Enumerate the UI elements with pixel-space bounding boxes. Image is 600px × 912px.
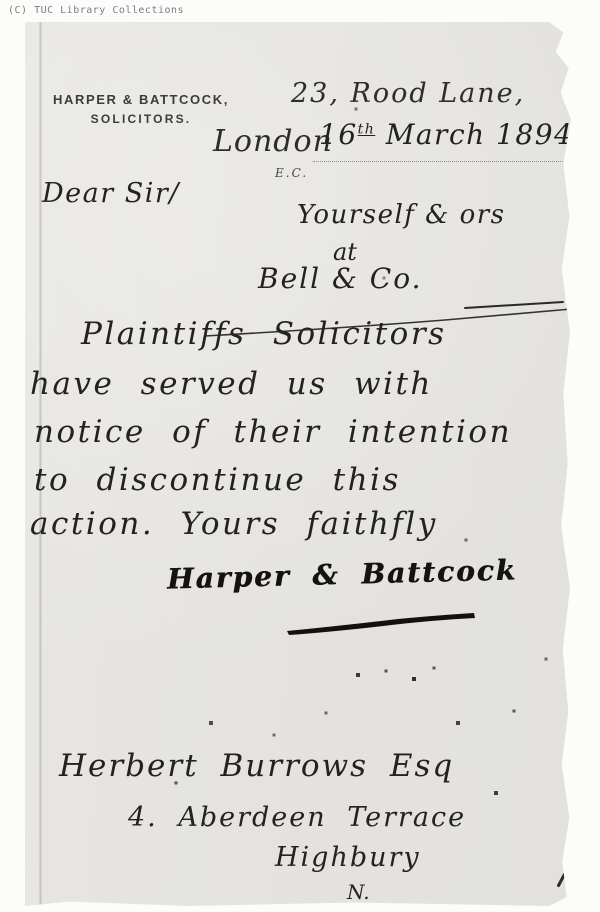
firm-name: HARPER & BATTCOCK, [45, 92, 237, 107]
body-line: notice of their intention [34, 414, 512, 450]
copyright-watermark: (C) TUC Library Collections [8, 5, 184, 16]
date-day: 16 [319, 118, 358, 151]
firm-subtitle: SOLICITORS. [45, 112, 237, 126]
letterhead-district: E.C. [275, 166, 308, 180]
addressee-district: Highbury [275, 842, 421, 873]
date-rest: March 1894 [375, 118, 573, 151]
letterhead-block: HARPER & BATTCOCK, SOLICITORS. [45, 92, 237, 126]
case-reference-party: Yourself & ors [297, 200, 506, 230]
body-line: Plaintiffs Solicitors [81, 316, 447, 352]
signature-ink-underline [283, 606, 478, 636]
addressee-postal: N. [347, 880, 370, 904]
stray-pen-mark [556, 868, 568, 887]
letterhead-street: 23, Rood Lane, [291, 78, 525, 109]
body-line: have served us with [30, 366, 433, 402]
ink-specks [25, 22, 27, 24]
addressee-name: Herbert Burrows Esq [59, 748, 454, 784]
signature: Harper & Battcock [167, 553, 518, 595]
date-ordinal: th [358, 122, 376, 138]
letter-paper: HARPER & BATTCOCK, SOLICITORS. 23, Rood … [25, 22, 571, 906]
handwritten-date: 16th March 1894 [319, 118, 573, 151]
case-reference-firm: Bell & Co. [258, 262, 422, 295]
body-line: action. Yours faithfly [30, 506, 438, 542]
body-line: to discontinue this [34, 462, 401, 498]
salutation: Dear Sir/ [42, 178, 180, 209]
addressee-street: 4. Aberdeen Terrace [128, 802, 466, 833]
